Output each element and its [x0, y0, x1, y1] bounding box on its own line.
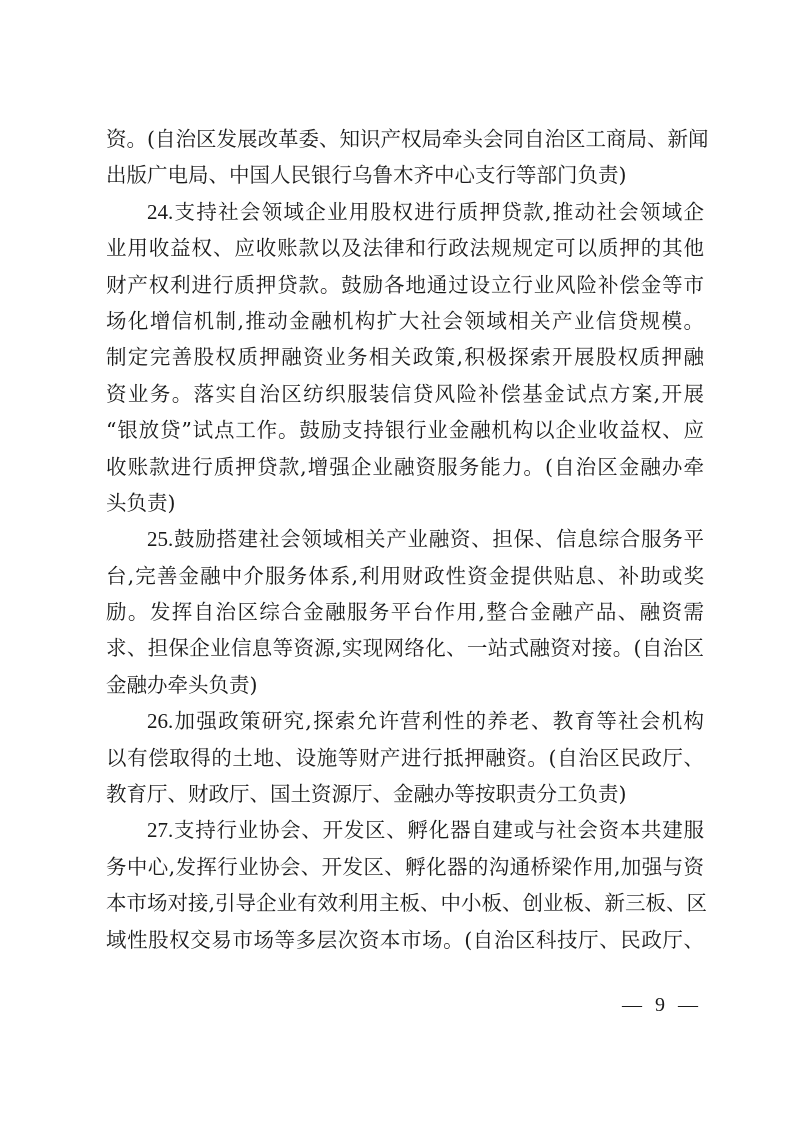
document-page: 资。(自治区发展改革委、知识产权局牵头会同自治区工商局、新闻 出版广电局、中国人… — [0, 0, 793, 1122]
text-line: 26.加强政策研究,探索允许营利性的养老、教育等社会机构 — [106, 703, 704, 739]
text-line: 资。(自治区发展改革委、知识产权局牵头会同自治区工商局、新闻 — [106, 121, 704, 157]
text-segment: 支持行业协会、开发区、孵化器自建或与社会资本共建服 — [173, 818, 704, 842]
text-segment: 鼓励搭建社会领域相关产业融资、担保、信息综合服务平 — [173, 527, 704, 551]
text-line: 求、担保企业信息等资源,实现网络化、一站式融资对接。(自治区 — [106, 630, 704, 666]
text-segment: 加强政策研究,探索允许营利性的养老、教育等社会机构 — [173, 709, 704, 733]
text-line: 务中心,发挥行业协会、开发区、孵化器的沟通桥梁作用,加强与资 — [106, 849, 704, 885]
text-segment: 支持社会领域企业用股权进行质押贷款,推动社会领域企 — [173, 200, 704, 224]
paragraph-continuation: 资。(自治区发展改革委、知识产权局牵头会同自治区工商局、新闻 出版广电局、中国人… — [106, 121, 704, 194]
item-number: 26. — [147, 709, 173, 733]
text-line: 域性股权交易市场等多层次资本市场。(自治区科技厅、民政厅、 — [106, 922, 704, 958]
text-line: 24.支持社会领域企业用股权进行质押贷款,推动社会领域企 — [106, 194, 704, 230]
text-line: 资业务。落实自治区纺织服装信贷风险补偿基金试点方案,开展 — [106, 376, 704, 412]
text-line: 场化增信机制,推动金融机构扩大社会领域相关产业信贷规模。 — [106, 303, 704, 339]
text-line: “银放贷”试点工作。鼓励支持银行业金融机构以企业收益权、应 — [106, 412, 704, 448]
text-line: 金融办牵头负责) — [106, 667, 704, 703]
paragraph-item-24: 24.支持社会领域企业用股权进行质押贷款,推动社会领域企 业用收益权、应收账款以… — [106, 194, 704, 522]
text-line: 业用收益权、应收账款以及法律和行政法规规定可以质押的其他 — [106, 230, 704, 266]
text-line: 收账款进行质押贷款,增强企业融资服务能力。(自治区金融办牵 — [106, 449, 704, 485]
item-number: 25. — [147, 527, 173, 551]
paragraph-item-25: 25.鼓励搭建社会领域相关产业融资、担保、信息综合服务平 台,完善金融中介服务体… — [106, 521, 704, 703]
text-line: 财产权利进行质押贷款。鼓励各地通过设立行业风险补偿金等市 — [106, 267, 704, 303]
document-body: 资。(自治区发展改革委、知识产权局牵头会同自治区工商局、新闻 出版广电局、中国人… — [106, 121, 704, 958]
text-line: 27.支持行业协会、开发区、孵化器自建或与社会资本共建服 — [106, 812, 704, 848]
text-line: 励。发挥自治区综合金融服务平台作用,整合金融产品、融资需 — [106, 594, 704, 630]
text-line: 本市场对接,引导企业有效利用主板、中小板、创业板、新三板、区 — [106, 885, 704, 921]
paragraph-item-27: 27.支持行业协会、开发区、孵化器自建或与社会资本共建服 务中心,发挥行业协会、… — [106, 812, 704, 958]
text-line: 教育厅、财政厅、国土资源厅、金融办等按职责分工负责) — [106, 776, 704, 812]
text-line: 以有偿取得的土地、设施等财产进行抵押融资。(自治区民政厅、 — [106, 740, 704, 776]
text-line: 台,完善金融中介服务体系,利用财政性资金提供贴息、补助或奖 — [106, 558, 704, 594]
text-line: 制定完善股权质押融资业务相关政策,积极探索开展股权质押融 — [106, 339, 704, 375]
text-line: 25.鼓励搭建社会领域相关产业融资、担保、信息综合服务平 — [106, 521, 704, 557]
item-number: 24. — [147, 200, 173, 224]
text-line: 头负责) — [106, 485, 704, 521]
item-number: 27. — [147, 818, 173, 842]
text-line: 出版广电局、中国人民银行乌鲁木齐中心支行等部门负责) — [106, 157, 704, 193]
page-number: — 9 — — [590, 990, 702, 1020]
paragraph-item-26: 26.加强政策研究,探索允许营利性的养老、教育等社会机构 以有偿取得的土地、设施… — [106, 703, 704, 812]
